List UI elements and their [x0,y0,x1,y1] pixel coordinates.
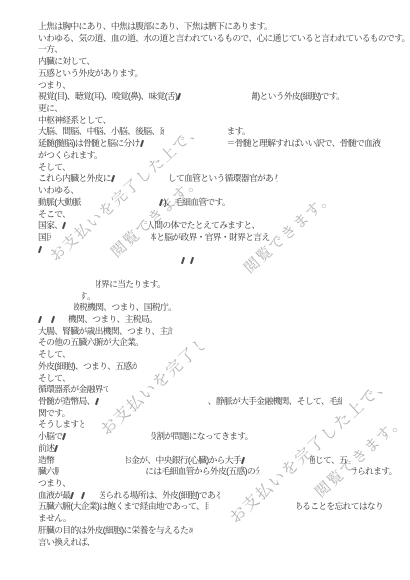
glyph-fragment [70,492,74,499]
text-line: 財界に当たります。 [38,279,410,291]
partial-glyph: 細 [337,396,342,408]
text-segment: そして、 [38,349,70,359]
redacted-gap [100,403,208,404]
text-line [38,267,410,279]
text-segment: 一方、 [38,44,62,54]
text-line: つまり、 [38,478,410,490]
text-line: 造幣お金が、中央銀行(心臓)から大手通じて、五 [38,455,410,467]
text-line: そして、 [38,349,410,361]
text-line: 更に、 [38,103,410,115]
text-segment: 前述 [38,443,54,453]
text-segment: には毛細血管から外皮(五感)の [145,466,255,476]
text-line: 機関、つまり、主税局。 [38,314,410,326]
partial-glyph: 分 [255,466,260,478]
text-line: 五臓六腑(大企業)は飽くまで経由地であって、目あることを忘れてはなり [38,501,410,513]
text-line: 大腸、腎臓が歳出機関、つまり、主計 [38,326,410,338]
partial-glyph: 役 [151,431,156,443]
text-line: そうしますと [38,419,410,431]
text-segment: 小脳で [38,431,62,441]
glyph-fragment [95,398,99,405]
text-line: す。 [38,291,410,303]
partial-glyph: 民 [46,232,51,244]
text-line: 五感という外皮があります。 [38,68,410,80]
text-segment: そして、 [38,162,70,172]
redacted-gap [260,473,352,474]
text-line: がつくられます。 [38,150,410,162]
text-segment: られます。 [357,466,397,476]
partial-glyph: 人 [149,220,154,232]
text-segment: 金が、中央銀行(心臓)から大手 [131,455,241,465]
text-line: そして、 [38,162,410,174]
redacted-gap [67,227,149,228]
partial-glyph: 膚 [252,91,257,103]
glyph-fragment [51,316,55,323]
text-line: 小脳で役割が問題になってきます。 [38,431,410,443]
text-segment: そうします [38,419,79,429]
text-line: 上焦は胸中にあり、中焦は腹部にあり、下焦は臍下にあります。 [38,21,410,33]
text-line: つまり、 [38,80,410,92]
text-segment: 内臓に対して、 [38,56,95,66]
text-segment: 機関、つまり、主税局。 [68,314,157,324]
glyph-fragment [38,246,42,253]
partial-glyph: め [188,525,193,537]
text-line [38,255,410,267]
partial-glyph: 目 [204,501,209,513]
text-line: 言い換えれば、 [38,537,410,549]
partial-glyph: で [103,384,108,396]
text-segment: られる場所は、外皮(細胞)であ [105,490,215,500]
redacted-gap [81,204,159,205]
text-segment: 視覚(目)、聴覚(耳)、嗅覚(鼻)、味覚(舌) [38,91,177,101]
partial-glyph: 送 [100,490,105,502]
partial-glyph: す [82,291,87,303]
text-segment: ＝骨髄と理解すればいい訳で、骨髄で血液 [227,138,381,148]
text-segment: 五感という外皮があります。 [38,68,143,78]
glyph-fragment [241,456,245,463]
text-segment: )、毛細血管です。 [164,197,230,207]
text-segment: 五臓六腑(大企業)は飽くまで経由地であって、 [38,501,204,511]
partial-glyph: 体 [151,232,156,244]
glyph-fragment [140,140,144,147]
text-segment: 間の体でたとえてみますと、 [154,220,259,230]
text-segment: 。 [87,291,95,301]
text-line: 骨髄が造幣局、、静脈が大手金融機関、そして、毛細 [38,396,410,408]
text-line [38,244,410,256]
text-segment: 国 [38,232,46,242]
redacted-gap [38,262,181,263]
text-segment: 国家、 [38,220,62,230]
glyph-fragment [111,175,115,182]
text-line: いわゆる、 [38,185,410,197]
text-segment: と脳が政界・官界・財界と言え [156,232,269,242]
redacted-gap [38,298,82,299]
text-segment: 割が問題になってきます。 [156,431,252,441]
glyph-fragment [177,93,181,100]
text-segment: いわゆる、気の道、血の道、水の道と言われているもので、心に通じていると言われてい… [38,33,410,43]
text-segment: して血管という循環器官があ [168,173,273,183]
text-segment: 、静脈が大手金融機関、そして、毛 [208,396,337,406]
text-segment: そこで、 [38,209,70,219]
redacted-gap [56,321,68,322]
text-segment: じて、五 [315,455,347,465]
text-segment: 大腸、腎臓が歳出機関、つまり、主 [38,326,168,336]
text-segment: 造幣 [38,455,54,465]
text-line: 一方、 [38,44,410,56]
partial-glyph: お [126,455,131,467]
partial-glyph: 通 [310,455,315,467]
redacted-gap [116,180,168,181]
partial-glyph: が [132,361,137,373]
redacted-gap [145,145,227,146]
partial-glyph: 腑 [54,466,59,478]
text-line: これら内臓と外皮にして血管という循環器官があり [38,173,410,185]
text-line: 国民体と脳が政界・官界・財界と言え [38,232,410,244]
glyph-fragment [38,316,42,323]
glyph-fragment [81,492,85,499]
text-segment: 骨髄が造幣局、 [38,396,95,406]
text-segment: その他の五臓六腑が大企業。 [38,337,143,347]
text-line: 延髄(髄脳)は骨髄と脳に分け＝骨髄と理解すればいい訳で、骨髄で血液 [38,138,410,150]
text-segment: つまり、 [38,478,70,488]
text-segment: 延髄(髄脳)は骨髄と脳に分け [38,138,140,148]
text-segment: 更に、 [38,103,62,113]
text-line: 前述 [38,443,410,455]
text-segment: 界に当たります。 [101,279,165,289]
partial-glyph: 計 [168,326,173,338]
redacted-gap [59,473,145,474]
document-text: 上焦は胸中にあり、中焦は腹部にあり、下焦は臍下にあります。いわゆる、気の道、血の… [38,21,410,548]
text-segment: )という外皮(細胞)です。 [257,91,344,101]
glyph-fragment [181,257,185,264]
text-segment: 言い換えれば、 [38,537,95,547]
text-segment: 動脈(大動脈 [38,197,81,207]
text-line: 関です。 [38,408,410,420]
partial-glyph: け [352,466,357,478]
glyph-fragment [159,199,163,206]
glyph-fragment [190,257,194,264]
text-segment: これら内臓と外皮に [38,173,111,183]
text-segment: がつくられます。 [38,150,102,160]
text-line: 徴税機関、つまり、国税庁。 [38,302,410,314]
partial-glyph: る [215,490,220,502]
text-line: 中枢神経系として、 [38,115,410,127]
text-line: そこで、 [38,209,410,221]
text-segment: 肝臓の目的は外皮(細胞)に栄養を与えるた [38,525,188,535]
text-segment: 関です。 [38,408,70,418]
redacted-gap [38,309,74,310]
redacted-gap [43,321,51,322]
text-line: そして、 [38,373,410,385]
text-line: 循環器系が金融界で [38,384,410,396]
text-segment: 中枢神経系として、 [38,115,111,125]
redacted-gap [246,462,310,463]
partial-glyph: 徴 [74,302,79,314]
text-segment: 税機関、つまり、国税庁。 [79,302,176,312]
text-line: 視覚(目)、聴覚(耳)、嗅覚(鼻)、味覚(舌)膚)という外皮(細胞)です。 [38,91,410,103]
redacted-gap [164,133,226,134]
text-segment: ません。 [38,513,71,523]
text-line: 動脈(大動脈)、毛細血管です。 [38,197,410,209]
text-segment: 大脳、間脳、中脳、小脳、後脳、 [38,126,159,136]
glyph-fragment [62,433,66,440]
text-segment: いわゆる、 [38,185,79,195]
text-segment: そして、 [38,373,70,383]
text-segment: ます。 [226,126,250,136]
text-line: 内臓に対して、 [38,56,410,68]
text-segment: 血液が最 [38,490,70,500]
text-line: その他の五臓六腑が大企業。 [38,337,410,349]
redacted-gap [67,438,151,439]
redacted-gap [51,239,151,240]
text-segment: ることを忘れてはなり [302,501,383,511]
text-segment: 臓六 [38,466,54,476]
partial-glyph: と [79,419,84,431]
partial-glyph: り [273,173,278,185]
text-line: 国家、人間の体でたとえてみますと、 [38,220,410,232]
document-page: お支払いを完了した上で、閲覧できます。閲覧できます。お支払いを完了した上で、お支… [0,0,410,580]
redacted-gap [38,286,96,287]
redacted-gap [54,462,126,463]
partial-glyph: 延 [159,126,164,138]
text-segment: 循環器系が金融界 [38,384,103,394]
text-segment: つまり、 [38,80,70,90]
glyph-fragment [62,222,66,229]
partial-glyph: あ [297,501,302,513]
redacted-gap [209,508,297,509]
text-line: 大脳、間脳、中脳、小脳、後脳、延ます。 [38,126,410,138]
text-segment: 上焦は胸中にあり、中焦は腹部にあり、下焦は臍下にあります。 [38,21,272,31]
redacted-gap [182,98,252,99]
glyph-fragment [54,445,58,452]
text-line: 臓六腑には毛細血管から外皮(五感)の分けられます。 [38,466,410,478]
text-line: 血液が最送られる場所は、外皮(細胞)である [38,490,410,502]
text-line: 肝臓の目的は外皮(細胞)に栄養を与えるため [38,525,410,537]
text-line: 外皮(細胞)、つまり、五感が [38,361,410,373]
text-segment: 外皮(細胞)、つまり、五感 [38,361,132,371]
redacted-gap [86,497,100,498]
text-line: いわゆる、気の道、血の道、水の道と言われているもので、心に通じていると言われてい… [38,33,410,45]
partial-glyph: 財 [96,279,101,291]
text-line: ません。 [38,513,410,525]
